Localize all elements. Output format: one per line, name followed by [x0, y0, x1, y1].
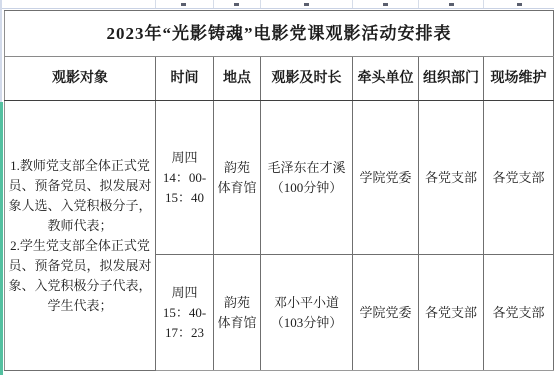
- cropped-text-fragment: [181, 3, 186, 6]
- header-cell-org-dept[interactable]: 组织部门: [419, 57, 484, 101]
- maintenance-cell[interactable]: 各党支部: [484, 255, 554, 371]
- cropped-text-fragment: [517, 3, 522, 6]
- header-cell-lead-unit[interactable]: 牵头单位: [353, 57, 419, 101]
- time-cell[interactable]: 周四 15：40- 17：23: [156, 255, 214, 371]
- sliver-bottom-border: [0, 8, 554, 9]
- sliver-gridline: [260, 0, 261, 8]
- time-end: 15：40: [156, 188, 213, 208]
- film-cell[interactable]: 邓小平小道 （103分钟）: [261, 255, 353, 371]
- header-cell-film[interactable]: 观影及时长: [261, 57, 353, 101]
- film-name: 邓小平小道: [261, 293, 352, 313]
- org-dept-cell[interactable]: 各党支部: [419, 101, 484, 255]
- page-edge-strip: [0, 0, 2, 102]
- header-cell-location[interactable]: 地点: [214, 57, 261, 101]
- schedule-table: 2023年“光影铸魂”电影党课观影活动安排表 观影对象 时间 地点 观影及时长 …: [4, 10, 554, 371]
- cropped-text-fragment: [234, 3, 239, 6]
- film-duration: （100分钟）: [261, 178, 352, 198]
- table-header-row: 观影对象 时间 地点 观影及时长 牵头单位 组织部门 现场维护: [5, 57, 554, 101]
- audience-cell[interactable]: 1.教师党支部全体正式党员、预备党员、拟发展对象人选、入党积极分子，教师代表； …: [5, 101, 156, 371]
- table-row: 2023年“光影铸魂”电影党课观影活动安排表: [5, 11, 554, 57]
- audience-item-teachers: 1.教师党支部全体正式党员、预备党员、拟发展对象人选、入党积极分子，教师代表；: [5, 156, 155, 236]
- document-page: 2023年“光影铸魂”电影党课观影活动安排表 观影对象 时间 地点 观影及时长 …: [0, 0, 554, 379]
- film-cell[interactable]: 毛泽东在才溪 （100分钟）: [261, 101, 353, 255]
- sliver-gridline: [483, 0, 484, 8]
- selection-edge-strip: [0, 102, 3, 375]
- time-day: 周四: [156, 148, 213, 168]
- audience-item-students: 2.学生党支部全体正式党员、预备党员，拟发展对象、入党积极分子代表，学生代表；: [5, 236, 155, 316]
- maintenance-cell[interactable]: 各党支部: [484, 101, 554, 255]
- sliver-gridline: [418, 0, 419, 8]
- location-cell[interactable]: 韵苑 体育馆: [214, 255, 261, 371]
- film-duration: （103分钟）: [261, 313, 352, 333]
- time-start: 15：40-: [156, 303, 213, 323]
- table-row: 1.教师党支部全体正式党员、预备党员、拟发展对象人选、入党积极分子，教师代表； …: [5, 101, 554, 255]
- header-cell-time[interactable]: 时间: [156, 57, 214, 101]
- location-cell[interactable]: 韵苑 体育馆: [214, 101, 261, 255]
- sliver-gridline: [155, 0, 156, 8]
- sliver-gridline: [213, 0, 214, 8]
- time-day: 周四: [156, 283, 213, 303]
- location-line2: 体育馆: [214, 178, 260, 198]
- document-title[interactable]: 2023年“光影铸魂”电影党课观影活动安排表: [5, 11, 554, 57]
- film-name: 毛泽东在才溪: [261, 158, 352, 178]
- cropped-text-fragment: [449, 3, 454, 6]
- location-line1: 韵苑: [214, 293, 260, 313]
- location-line2: 体育馆: [214, 313, 260, 333]
- sliver-gridline: [352, 0, 353, 8]
- org-dept-cell[interactable]: 各党支部: [419, 255, 484, 371]
- header-cell-audience[interactable]: 观影对象: [5, 57, 156, 101]
- cropped-previous-row: [0, 0, 554, 9]
- header-cell-maintenance[interactable]: 现场维护: [484, 57, 554, 101]
- cropped-text-fragment: [383, 3, 388, 6]
- time-start: 14：00-: [156, 168, 213, 188]
- cropped-text-fragment: [304, 3, 309, 6]
- lead-unit-cell[interactable]: 学院党委: [353, 101, 419, 255]
- time-cell[interactable]: 周四 14：00- 15：40: [156, 101, 214, 255]
- time-end: 17：23: [156, 323, 213, 343]
- location-line1: 韵苑: [214, 158, 260, 178]
- lead-unit-cell[interactable]: 学院党委: [353, 255, 419, 371]
